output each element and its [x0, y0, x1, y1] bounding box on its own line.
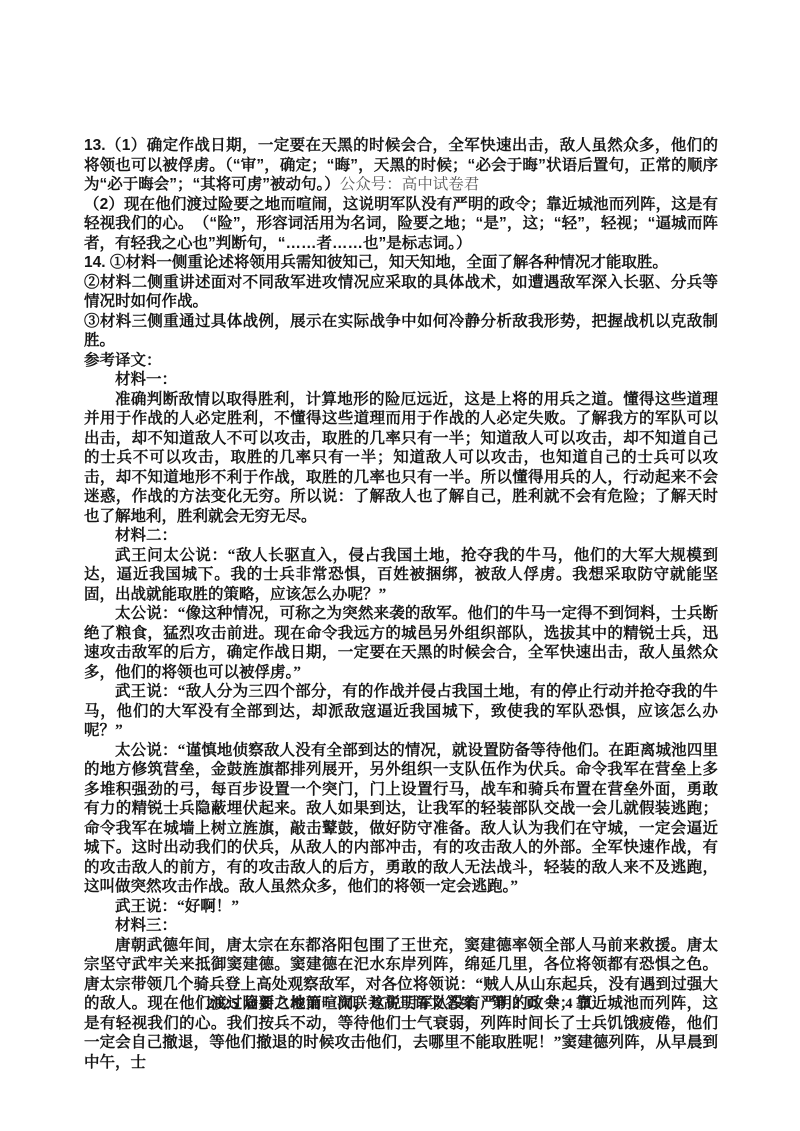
answer-14-point1: 14. ①材料一侧重论述将领用兵需知彼知己，知天知地，全面了解各种情况才能取胜。 [84, 253, 718, 273]
material2-paragraph-2: 太公说：“像这种情况，可称之为突然来袭的敌军。他们的牛马一定得不到饲料，士兵断绝… [84, 604, 718, 682]
answer-14-point3: ③材料三侧重通过具体战例，展示在实际战争中如何冷静分析敌我形势，把握战机以克敌制… [84, 312, 718, 351]
answer-14-point2: ②材料二侧重讲述面对不同敌军进攻情况应采取的具体战术，如遭遇敌军深入长驱、分兵等… [84, 273, 718, 312]
reference-translation-heading: 参考译文： [84, 351, 718, 371]
scanned-answer-page: 13.（1）确定作战日期，一定要在天黑的时候会合，全军快速出击，敌人虽然众多，他… [0, 0, 800, 1131]
material1-title: 材料一： [84, 370, 718, 390]
page-footer: 2025 届新八校第一次联考高三语文答案 第 2 页 共 4 页 [0, 992, 800, 1013]
material2-paragraph-5: 武王说：“好啊！” [84, 897, 718, 917]
material2-paragraph-1: 武王问太公说：“敌人长驱直入，侵占我国土地，抢夺我的牛马，他们的大军大规模到达，… [84, 546, 718, 605]
page-content: 13.（1）确定作战日期，一定要在天黑的时候会合，全军快速出击，敌人虽然众多，他… [84, 136, 718, 1072]
public-account-watermark: 公众号：高中试卷君 [340, 176, 480, 193]
material1-paragraph: 准确判断敌情以取得胜利，计算地形的险厄远近，这是上将的用兵之道。懂得这些道理并用… [84, 390, 718, 527]
material2-paragraph-3: 武王说：“敌人分为三四个部分，有的作战并侵占我国土地，有的停止行动并抢夺我的牛马… [84, 682, 718, 741]
material3-title: 材料三： [84, 916, 718, 936]
material2-paragraph-4: 太公说：“谨慎地侦察敌人没有全部到达的情况，就设置防备等待他们。在距离城池四里的… [84, 741, 718, 897]
answer-13-part2: （2）现在他们渡过险要之地而喧闹，这说明军队没有严明的政令；靠近城池而列阵，这是… [84, 195, 718, 254]
material2-title: 材料二： [84, 526, 718, 546]
answer-13-part1: 13.（1）确定作战日期，一定要在天黑的时候会合，全军快速出击，敌人虽然众多，他… [84, 136, 718, 195]
